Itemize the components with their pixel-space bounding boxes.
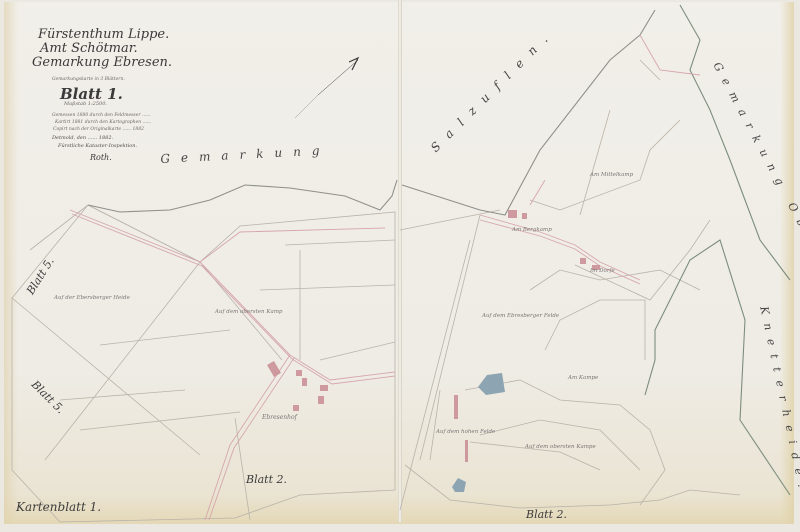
north-arrow: [295, 58, 358, 118]
buildings-left: [267, 361, 328, 411]
title-line-1: Fürstenthum Lippe.: [38, 28, 169, 42]
field-name: Ebresenhof: [262, 414, 297, 421]
field-name: Auf dem obersten Kampe: [525, 444, 596, 450]
field-name: Am Mittelkamp: [590, 172, 633, 178]
field-name: Im Dorfe: [590, 268, 615, 274]
field-name: Am Bergkamp: [512, 227, 552, 233]
field-name: Am Kampe: [568, 375, 598, 381]
title-note-4: Detmold, den ...... 1882.: [52, 135, 113, 141]
label-blatt-2-right[interactable]: Blatt 2.: [526, 508, 567, 521]
title-subtitle: Gemarkungskarte in 3 Blättern.: [52, 77, 125, 82]
field-name: Auf dem Ebresberger Felde: [482, 313, 559, 319]
title-note-1: Gemessen 1880 durch den Feldmesser .....…: [52, 113, 151, 118]
title-note-3: Copirt nach der Originalkarte ...... 188…: [53, 127, 144, 132]
title-note-2: Kartirt 1881 durch den Kartographen ....…: [55, 120, 151, 125]
road-left: [70, 210, 395, 520]
title-signature: Roth.: [90, 153, 112, 162]
parcel-lines-left: [12, 205, 395, 522]
label-kartenblatt: Kartenblatt 1.: [16, 500, 101, 514]
title-line-2: Amt Schötmar.: [40, 42, 138, 56]
field-name: Auf der Ebersberger Heide: [54, 295, 130, 301]
road-right: [402, 10, 655, 215]
title-scale: Maßstab 1:2500.: [64, 101, 107, 107]
field-name: Auf dem hohen Felde: [436, 429, 495, 435]
field-name: Auf dem obersten Kamp: [215, 309, 282, 315]
title-note-5: Fürstliche Kataster-Inspektion.: [58, 143, 137, 149]
buildings-right: [454, 210, 600, 462]
label-blatt-2-left[interactable]: Blatt 2.: [246, 473, 287, 486]
boundary-road-top-left: [88, 180, 397, 212]
title-line-3: Gemarkung Ebresen.: [32, 56, 172, 70]
map-sheet: Fürstenthum Lippe. Amt Schötmar. Gemarku…: [0, 0, 800, 532]
